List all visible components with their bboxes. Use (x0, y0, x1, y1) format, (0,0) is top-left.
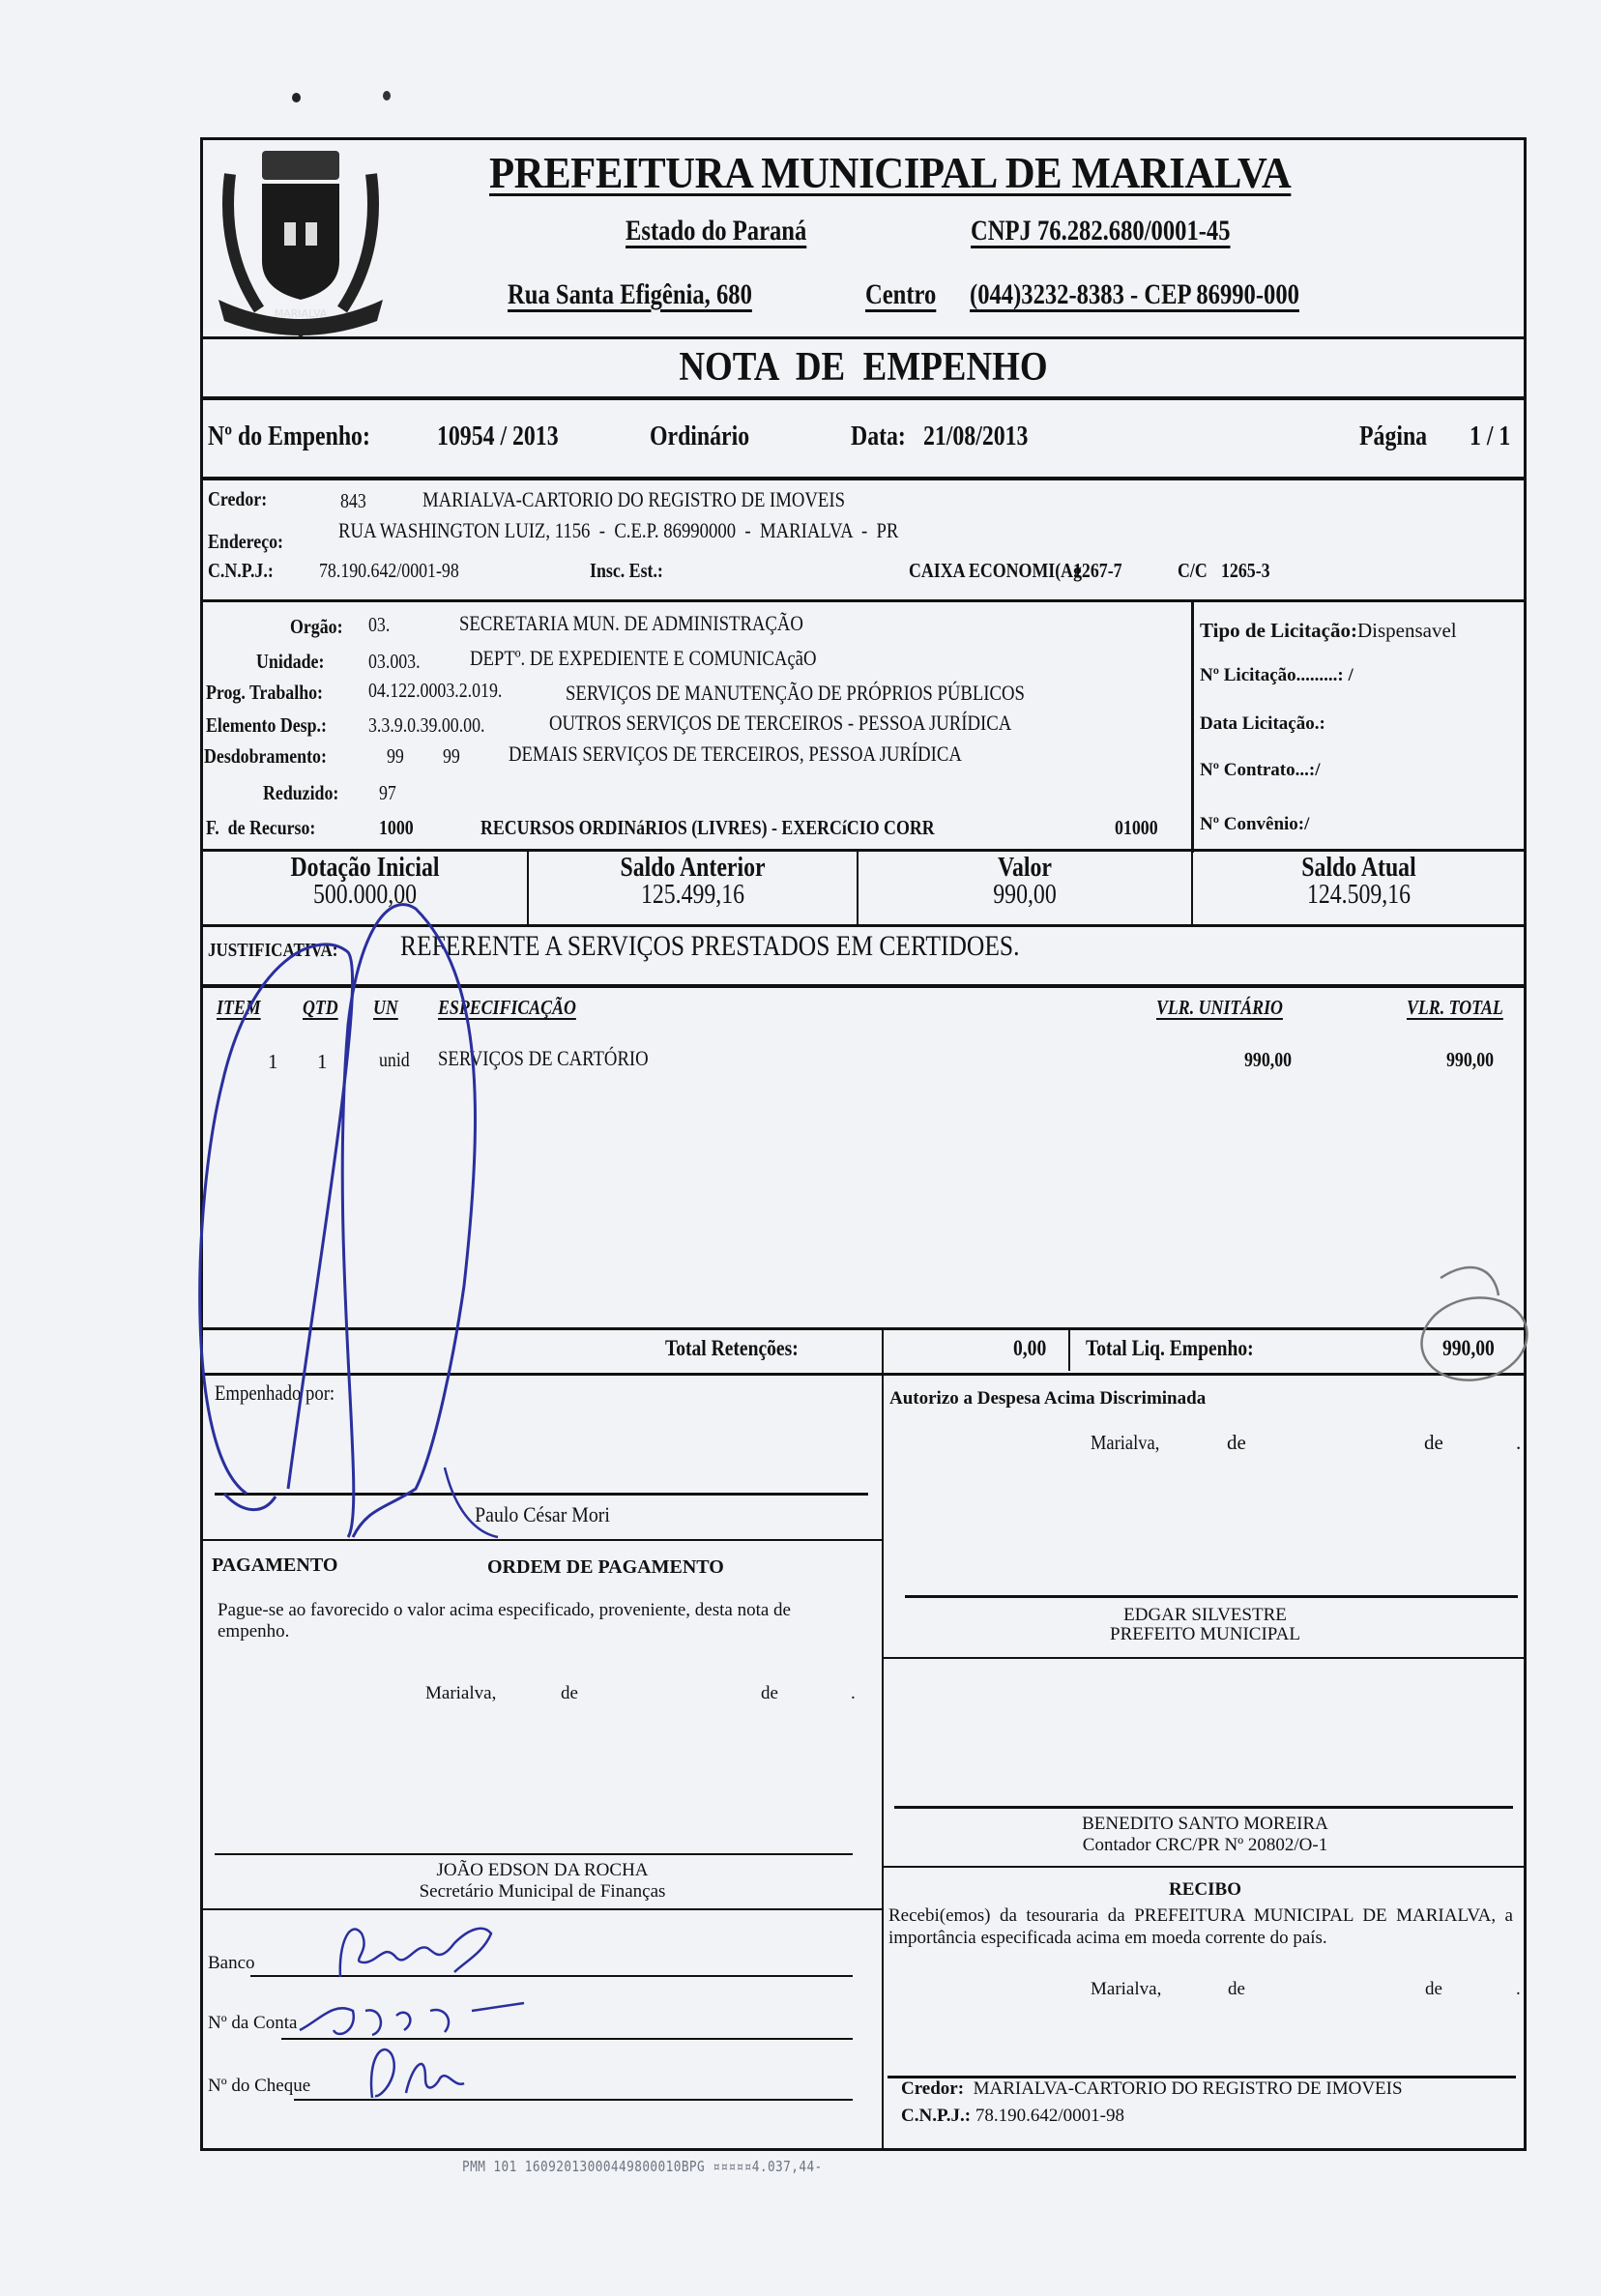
justificativa-label: JUSTIFICATIVA: (208, 940, 337, 962)
signature-line (894, 1806, 1513, 1809)
divider (200, 1327, 1527, 1330)
banco-label: Banco (208, 1953, 255, 1974)
col-header-qtd: QTD (303, 996, 338, 1020)
divider (200, 984, 1527, 988)
municipality-district: Centro (865, 278, 936, 311)
divider (882, 1866, 1527, 1868)
fonte-recurso-code: 1000 (379, 816, 414, 840)
autorizo-dot: . (1516, 1431, 1521, 1455)
cell-un: unid (379, 1048, 410, 1072)
recibo-cnpj: C.N.P.J.: 78.190.642/0001-98 (901, 2106, 1124, 2127)
pagamento-dot: . (851, 1683, 856, 1704)
divider (200, 849, 1527, 852)
divider (200, 1373, 1527, 1376)
pagamento-label: PAGAMENTO (212, 1555, 337, 1577)
credor-label: Credor: (208, 487, 267, 511)
punch-hole-right (383, 91, 391, 101)
cell-qtd: 1 (317, 1050, 328, 1074)
credor-name: MARIALVA-CARTORIO DO REGISTRO DE IMOVEIS (422, 487, 845, 512)
bank-account: 1265-3 (1221, 559, 1270, 583)
col-header-especificacao: ESPECIFICAÇÃO (438, 996, 576, 1020)
saldo-anterior: Saldo Anterior 125.499,16 (529, 853, 857, 911)
recibo-credor-name: MARIALVA-CARTORIO DO REGISTRO DE IMOVEIS (974, 2078, 1403, 2099)
tipo-licitacao-label: Tipo de Licitação: (1200, 619, 1357, 642)
col-header-un: UN (373, 996, 398, 1020)
saldo-value: 124.509,16 (1218, 880, 1500, 911)
desdobramento-name: DEMAIS SERVIÇOS DE TERCEIROS, PESSOA JUR… (509, 741, 962, 767)
tipo-licitacao: Tipo de Licitação:Dispensavel (1200, 619, 1457, 643)
credor-address: RUA WASHINGTON LUIZ, 1156 - C.E.P. 86990… (338, 518, 898, 543)
page-number: 1 / 1 (1470, 421, 1510, 452)
pagamento-de-2: de (761, 1683, 778, 1704)
divider (200, 599, 1527, 602)
prefeito-role: PREFEITO MUNICIPAL (884, 1624, 1527, 1645)
prog-trabalho-name: SERVIÇOS DE MANUTENÇÃO DE PRÓPRIOS PÚBLI… (566, 681, 1025, 706)
elemento-desp-label: Elemento Desp.: (206, 713, 327, 738)
bank-agency: 1267-7 (1073, 559, 1122, 583)
autorizo-label: Autorizo a Despesa Acima Discriminada (889, 1388, 1206, 1410)
pagamento-signer: JOÃO EDSON DA ROCHA (203, 1860, 882, 1881)
recibo-title: RECIBO (884, 1879, 1527, 1901)
divider (200, 1539, 882, 1541)
unidade-code: 03.003. (368, 650, 421, 674)
cell-vlr-total: 990,00 (1446, 1048, 1494, 1072)
col-header-item: ITEM (217, 996, 261, 1020)
desdobramento-code-2: 99 (443, 744, 460, 769)
recibo-place: Marialva, (1091, 1979, 1161, 2000)
autorizo-de-1: de (1227, 1431, 1246, 1455)
conta-field-line[interactable] (281, 2038, 853, 2040)
unidade-label: Unidade: (256, 650, 324, 674)
cheque-field-line[interactable] (294, 2099, 853, 2101)
cell-vlr-unitario: 990,00 (1244, 1048, 1292, 1072)
prefeito-signer: EDGAR SILVESTRE (884, 1605, 1527, 1626)
credor-cnpj: 78.190.642/0001-98 (319, 559, 459, 583)
elemento-desp-code: 3.3.9.0.39.00.00. (368, 713, 484, 738)
municipality-cnpj: CNPJ 76.282.680/0001-45 (971, 215, 1231, 247)
prog-trabalho-label: Prog. Trabalho: (206, 681, 323, 705)
orgao-name: SECRETARIA MUN. DE ADMINISTRAÇÃO (459, 611, 803, 636)
pagamento-de-1: de (561, 1683, 578, 1704)
orgao-code: 03. (368, 613, 390, 637)
desdobramento-code-1: 99 (387, 744, 404, 769)
pagamento-place: Marialva, (425, 1683, 496, 1704)
svg-text:MARIALVA: MARIALVA (275, 307, 328, 320)
municipality-address: Rua Santa Efigênia, 680 (508, 278, 752, 311)
fonte-recurso-label: F. de Recurso: (206, 816, 315, 840)
saldo-dotacao-inicial: Dotação Inicial 500.000,00 (203, 853, 527, 911)
banco-field-line[interactable] (250, 1975, 853, 1977)
total-retencoes-value: 0,00 (1013, 1336, 1046, 1361)
divider (200, 1908, 882, 1910)
signature-line (215, 1853, 853, 1855)
empenho-date-label: Data: (851, 421, 906, 452)
endereco-label: Endereço: (208, 530, 283, 554)
saldo-value: 500.000,00 (227, 880, 503, 911)
divider (200, 396, 1527, 400)
total-liq-empenho-value: 990,00 (1442, 1336, 1495, 1361)
document-title: NOTA DE EMPENHO (279, 344, 1446, 391)
recibo-cnpj-value: 78.190.642/0001-98 (975, 2106, 1124, 2126)
numero-convenio-label: Nº Convênio: (1200, 814, 1304, 834)
credor-code: 843 (340, 489, 366, 513)
empenho-type: Ordinário (650, 421, 749, 452)
numero-licitacao: Nº Licitação.........: / (1200, 665, 1354, 686)
cheque-label: Nº do Cheque (208, 2076, 310, 2097)
orgao-label: Orgão: (290, 615, 343, 639)
divider (1068, 1327, 1070, 1371)
total-retencoes-label: Total Retenções: (665, 1336, 799, 1361)
state-name: Estado do Paraná (626, 215, 806, 247)
divider (1191, 599, 1194, 853)
recibo-dot: . (1516, 1979, 1521, 2000)
recibo-de-1: de (1228, 1979, 1245, 2000)
numero-convenio-value: / (1304, 814, 1309, 834)
reduzido-label: Reduzido: (263, 781, 338, 805)
contador-signer: BENEDITO SANTO MOREIRA (884, 1814, 1527, 1835)
unidade-name: DEPTº. DE EXPEDIENTE E COMUNICAçãO (470, 646, 816, 671)
total-liq-empenho-label: Total Liq. Empenho: (1086, 1336, 1254, 1361)
numero-licitacao-value: / (1349, 665, 1354, 685)
conta-label: Nº da Conta (208, 2013, 297, 2034)
saldo-value: 125.499,16 (553, 880, 831, 911)
elemento-desp-name: OUTROS SERVIÇOS DE TERCEIROS - PESSOA JU… (549, 711, 1011, 736)
desdobramento-label: Desdobramento: (204, 744, 327, 769)
prog-trabalho-code: 04.122.0003.2.019. (368, 679, 502, 703)
footer-validation-stamp: PMM 101 16092013000449800010BPG ¤¤¤¤¤4.0… (462, 2158, 823, 2175)
empenhado-por-label: Empenhado por: (215, 1381, 335, 1406)
divider (200, 477, 1527, 480)
numero-contrato-value: / (1315, 760, 1320, 780)
recibo-text: Recebi(emos) da tesouraria da PREFEITURA… (888, 1904, 1513, 1949)
recibo-credor: Credor: MARIALVA-CARTORIO DO REGISTRO DE… (901, 2078, 1403, 2100)
reduzido-code: 97 (379, 781, 396, 805)
empenho-number-label: Nº do Empenho: (208, 421, 370, 452)
municipality-title: PREFEITURA MUNICIPAL DE MARIALVA (489, 147, 1291, 198)
cell-especificacao: SERVIÇOS DE CARTÓRIO (438, 1046, 649, 1071)
cc-label: C/C (1178, 559, 1208, 583)
signature-line (215, 1493, 868, 1496)
ordem-pagamento-title: ORDEM DE PAGAMENTO (487, 1556, 724, 1579)
pagamento-signer-role: Secretário Municipal de Finanças (203, 1881, 882, 1903)
numero-licitacao-label: Nº Licitação.........: (1200, 665, 1344, 685)
saldo-value: 990,00 (884, 880, 1166, 911)
cnpj-label: C.N.P.J.: (208, 559, 274, 583)
empenho-date: 21/08/2013 (923, 421, 1028, 452)
empenho-number: 10954 / 2013 (437, 421, 559, 452)
bank-name: CAIXA ECONOMI(Ag (909, 559, 1082, 583)
recibo-cnpj-label: C.N.P.J.: (901, 2106, 971, 2126)
fonte-recurso-name: RECURSOS ORDINáRIOS (LIVRES) - EXERCíCIO… (480, 816, 935, 840)
numero-convenio: Nº Convênio:/ (1200, 814, 1309, 835)
municipal-crest-logo: MARIALVA (209, 145, 393, 338)
insc-est-label: Insc. Est.: (590, 559, 663, 583)
contador-role: Contador CRC/PR Nº 20802/O-1 (884, 1835, 1527, 1856)
justificativa-text: REFERENTE A SERVIÇOS PRESTADOS EM CERTID… (400, 930, 1019, 963)
pagamento-text: Pague-se ao favorecido o valor acima esp… (218, 1600, 856, 1642)
col-header-vlr-total: VLR. TOTAL (1407, 996, 1503, 1020)
divider (882, 1657, 1527, 1659)
saldo-valor: Valor 990,00 (859, 853, 1191, 911)
recibo-credor-label: Credor: (901, 2078, 964, 2099)
fonte-recurso-code-2: 01000 (1115, 816, 1158, 840)
tipo-licitacao-value: Dispensavel (1357, 619, 1457, 642)
empenhado-signer: Paulo César Mori (237, 1502, 848, 1527)
page-label: Página (1359, 421, 1427, 452)
punch-hole-left (292, 93, 301, 102)
autorizo-place: Marialva, (1091, 1431, 1159, 1455)
cell-item: 1 (268, 1050, 278, 1074)
divider (882, 1327, 884, 2149)
col-header-vlr-unitario: VLR. UNITÁRIO (1156, 996, 1283, 1020)
autorizo-de-2: de (1424, 1431, 1443, 1455)
divider (200, 924, 1527, 927)
numero-contrato-label: Nº Contrato...: (1200, 760, 1315, 780)
signature-line (905, 1595, 1518, 1598)
saldo-atual: Saldo Atual 124.509,16 (1193, 853, 1525, 911)
recibo-de-2: de (1425, 1979, 1442, 2000)
municipality-phone-cep: (044)3232-8383 - CEP 86990-000 (970, 278, 1299, 311)
data-licitacao-label: Data Licitação.: (1200, 713, 1325, 735)
divider (200, 336, 1527, 339)
numero-contrato: Nº Contrato...:/ (1200, 760, 1320, 781)
